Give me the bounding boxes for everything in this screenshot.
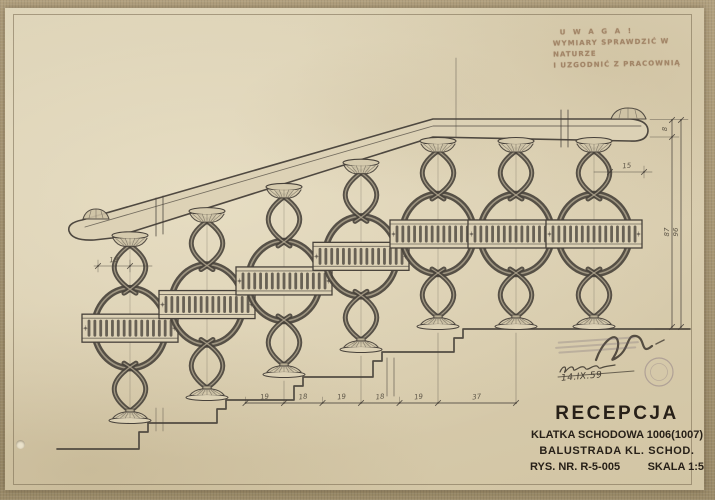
baluster-cap <box>343 159 379 166</box>
drawing-scale: SKALA 1:5 <box>648 461 704 473</box>
dimension-label: 87 <box>663 227 671 236</box>
hole-punch <box>16 440 25 449</box>
baluster-base <box>573 324 615 330</box>
baluster-base <box>495 324 537 330</box>
baluster-cap <box>112 232 148 239</box>
rail-boss <box>611 108 646 119</box>
drawing-subtitle: BALUSTRADA KL. SCHOD. <box>527 445 707 457</box>
dimension-label: 19 <box>260 393 270 402</box>
dimension-label: 15 <box>622 162 632 171</box>
dimension-label: 19 <box>414 393 424 402</box>
scanned-drawing-sheet: 191819181937887961815 U W A G A ! WYMIAR… <box>0 0 715 500</box>
dimension-label: 18 <box>109 256 119 265</box>
baluster-base <box>340 347 382 353</box>
baluster-cap <box>266 183 302 190</box>
drawing-title: RECEPCJA <box>527 403 707 425</box>
baluster <box>313 159 409 352</box>
drawing-subtitle: KLATKA SCHODOWA 1006(1007) <box>527 429 707 441</box>
baluster-cap <box>576 138 612 145</box>
baluster-base <box>186 395 228 401</box>
drawing-number-and-scale: RYS. NR. R-5-005 SKALA 1:5 <box>527 461 707 473</box>
dimension-label: 96 <box>672 227 680 236</box>
baluster-cap <box>420 138 456 145</box>
baluster-base <box>417 324 459 330</box>
dimension-label: 8 <box>661 126 669 131</box>
baluster-cap <box>189 208 225 215</box>
baluster <box>159 208 255 401</box>
dimension-label: 19 <box>337 393 347 402</box>
baluster <box>236 183 332 377</box>
baluster-cap <box>498 138 534 145</box>
title-block: RECEPCJA KLATKA SCHODOWA 1006(1007) BALU… <box>527 403 707 473</box>
baluster-base <box>263 372 305 378</box>
drawing-number: RYS. NR. R-5-005 <box>530 461 620 473</box>
note-stamp: U W A G A ! WYMIARY SPRAWDZIĆ W NATURZE … <box>553 24 714 71</box>
round-stamp <box>645 358 673 386</box>
dimension-label: 37 <box>472 393 482 402</box>
dimension-label: 18 <box>375 393 385 402</box>
baluster-base <box>109 418 151 424</box>
dimension-label: 18 <box>298 393 308 402</box>
